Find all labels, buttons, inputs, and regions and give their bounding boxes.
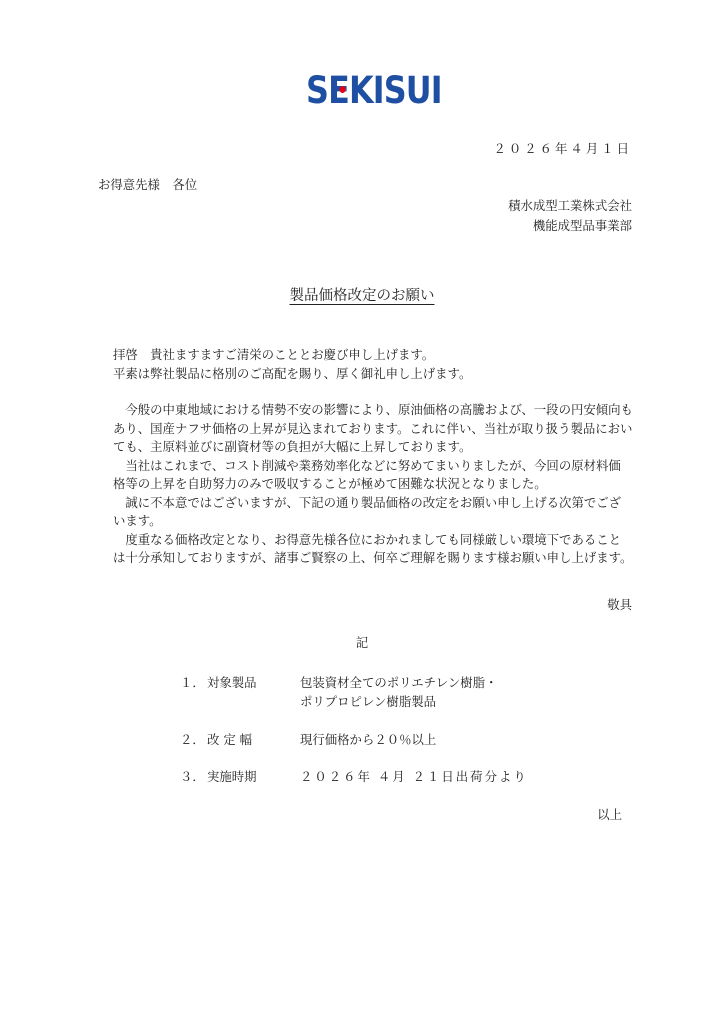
- document-title-wrapper: 製品価格改定のお願い: [0, 284, 724, 305]
- item-label: 対象製品: [207, 674, 257, 693]
- item-value: ２０２６年 ４月 ２１日出荷分より: [300, 768, 528, 787]
- sender-block: 積水成型工業株式会社 機能成型品事業部: [508, 196, 632, 236]
- letter-body: 拝啓 貴社ますますご清栄のこととお慶び申し上げます。 平素は弊社製品に格別のご高…: [113, 346, 633, 568]
- closing-keigu: 敬具: [607, 596, 632, 615]
- document-date: ２０２６年４月１日: [493, 140, 632, 159]
- company-name: 積水成型工業株式会社: [508, 196, 632, 216]
- logo-text-s: S: [306, 69, 328, 112]
- greeting-line: 拝啓 貴社ますますご清栄のこととお慶び申し上げます。: [113, 346, 633, 365]
- item-label: 改 定 幅: [207, 731, 252, 750]
- body-paragraph: 度重なる価格改定となり、お得意先様各位におかれましても同様厳しい環境下であること…: [113, 531, 633, 568]
- details-heading: 記: [0, 634, 724, 653]
- body-paragraph: 当社はこれまで、コスト削減や業務効率化などに努めてまいりましたが、今回の原材料価…: [113, 457, 633, 494]
- logo-text-rest: KISUI: [349, 69, 442, 112]
- sekisui-logo: SEKISUI: [306, 70, 442, 110]
- body-paragraph: 誠に不本意ではございますが、下記の通り製品価格の改定をお願い申し上げる次第でござ…: [113, 494, 633, 531]
- recipient: お得意先様 各位: [98, 176, 197, 195]
- department-name: 機能成型品事業部: [508, 216, 632, 236]
- spacer: [113, 383, 633, 401]
- item-number: ３．: [180, 768, 205, 787]
- logo-text-e: E: [328, 69, 349, 112]
- item-value: ポリプロピレン樹脂製品: [300, 693, 436, 712]
- logo-letter-e: E: [328, 69, 349, 112]
- greeting-line: 平素は弊社製品に格別のご高配を賜り、厚く御礼申し上げます。: [113, 365, 633, 384]
- item-value: 包装資材全てのポリエチレン樹脂・: [300, 674, 497, 693]
- logo-red-dot-icon: [339, 86, 345, 93]
- body-paragraph: 今般の中東地域における情勢不安の影響により、原油価格の高騰および、一段の円安傾向…: [113, 401, 633, 457]
- item-number: ２．: [180, 731, 205, 750]
- item-number: １．: [180, 674, 205, 693]
- item-value: 現行価格から２０％以上: [300, 731, 436, 750]
- document-title: 製品価格改定のお願い: [290, 288, 435, 304]
- item-label: 実施時期: [207, 768, 257, 787]
- end-mark: 以上: [597, 806, 622, 825]
